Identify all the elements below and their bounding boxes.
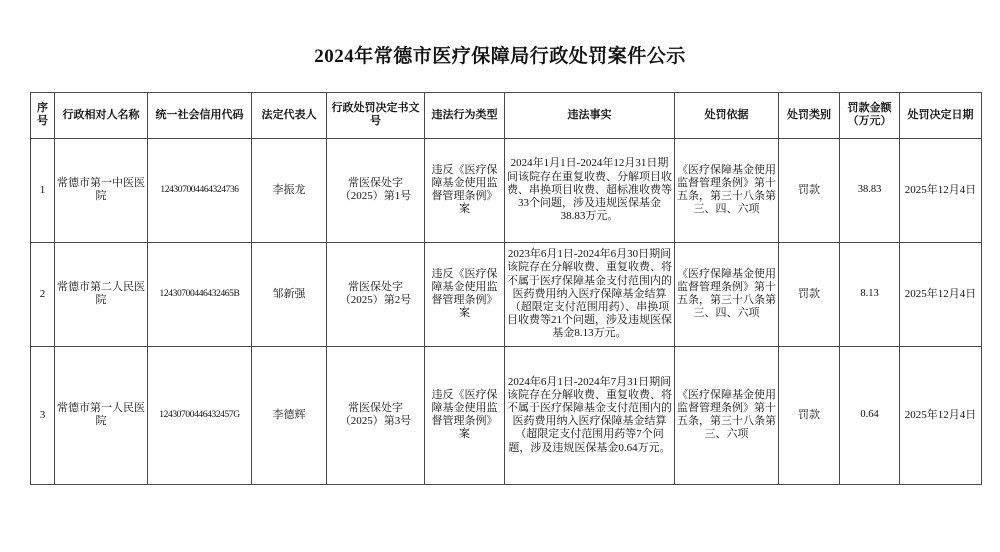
cell-date: 2025年12月4日: [900, 138, 982, 242]
cell-category: 罚款: [779, 346, 840, 484]
col-header-decision-no: 行政处罚决定书文号: [327, 92, 425, 138]
cell-name: 常德市第一中医医院: [55, 138, 148, 242]
cell-facts: 2024年6月1日-2024年7月31日期间该院存在分解收费、重复收费、将不属于…: [505, 346, 675, 484]
cell-date: 2025年12月4日: [900, 346, 982, 484]
cell-facts: 2023年6月1日-2024年6月30日期间该院存在分解收费、重复收费、将不属于…: [505, 242, 675, 346]
col-header-credit-code: 统一社会信用代码: [148, 92, 252, 138]
col-header-legal-rep: 法定代表人: [252, 92, 327, 138]
table-row: 2 常德市第二人民医院 12430700446432465B 邹新强 常医保处字…: [31, 242, 982, 346]
col-header-violation-type: 违法行为类型: [425, 92, 505, 138]
col-header-category: 处罚类别: [779, 92, 840, 138]
cell-legal-rep: 李振龙: [252, 138, 327, 242]
cell-decision-no: 常医保处字（2025）第3号: [327, 346, 425, 484]
penalty-table: 序号 行政相对人名称 统一社会信用代码 法定代表人 行政处罚决定书文号 违法行为…: [30, 92, 982, 485]
header-row: 序号 行政相对人名称 统一社会信用代码 法定代表人 行政处罚决定书文号 违法行为…: [31, 92, 982, 138]
cell-credit-code: 12430700446432457G: [148, 346, 252, 484]
cell-credit-code: 124307004464324736: [148, 138, 252, 242]
table-row: 1 常德市第一中医医院 124307004464324736 李振龙 常医保处字…: [31, 138, 982, 242]
cell-decision-no: 常医保处字（2025）第1号: [327, 138, 425, 242]
page-title: 2024年常德市医疗保障局行政处罚案件公示: [0, 46, 1000, 69]
cell-seq: 3: [31, 346, 55, 484]
cell-legal-rep: 李德辉: [252, 346, 327, 484]
cell-facts: 2024年1月1日-2024年12月31日期间该院存在重复收费、分解项目收费、串…: [505, 138, 675, 242]
cell-amount: 0.64: [840, 346, 900, 484]
col-header-facts: 违法事实: [505, 92, 675, 138]
cell-basis: 《医疗保障基金使用监督管理条例》第十五条，第三十八条第三、六项: [675, 346, 779, 484]
table-row: 3 常德市第一人民医院 12430700446432457G 李德辉 常医保处字…: [31, 346, 982, 484]
cell-decision-no: 常医保处字（2025）第2号: [327, 242, 425, 346]
cell-violation-type: 违反《医疗保障基金使用监督管理条例》案: [425, 242, 505, 346]
cell-date: 2025年12月4日: [900, 242, 982, 346]
col-header-basis: 处罚依据: [675, 92, 779, 138]
col-header-name: 行政相对人名称: [55, 92, 148, 138]
cell-amount: 38.83: [840, 138, 900, 242]
cell-name: 常德市第二人民医院: [55, 242, 148, 346]
col-header-amount: 罚款金额（万元）: [840, 92, 900, 138]
cell-violation-type: 违反《医疗保障基金使用监督管理条例》案: [425, 138, 505, 242]
cell-amount: 8.13: [840, 242, 900, 346]
cell-basis: 《医疗保障基金使用监督管理条例》第十五条，第三十八条第三、四、六项: [675, 242, 779, 346]
cell-category: 罚款: [779, 242, 840, 346]
cell-basis: 《医疗保障基金使用监督管理条例》第十五条，第三十八条第三、四、六项: [675, 138, 779, 242]
col-header-seq: 序号: [31, 92, 55, 138]
cell-seq: 1: [31, 138, 55, 242]
col-header-date: 处罚决定日期: [900, 92, 982, 138]
cell-name: 常德市第一人民医院: [55, 346, 148, 484]
cell-category: 罚款: [779, 138, 840, 242]
cell-seq: 2: [31, 242, 55, 346]
cell-legal-rep: 邹新强: [252, 242, 327, 346]
cell-credit-code: 12430700446432465B: [148, 242, 252, 346]
cell-violation-type: 违反《医疗保障基金使用监督管理条例》案: [425, 346, 505, 484]
